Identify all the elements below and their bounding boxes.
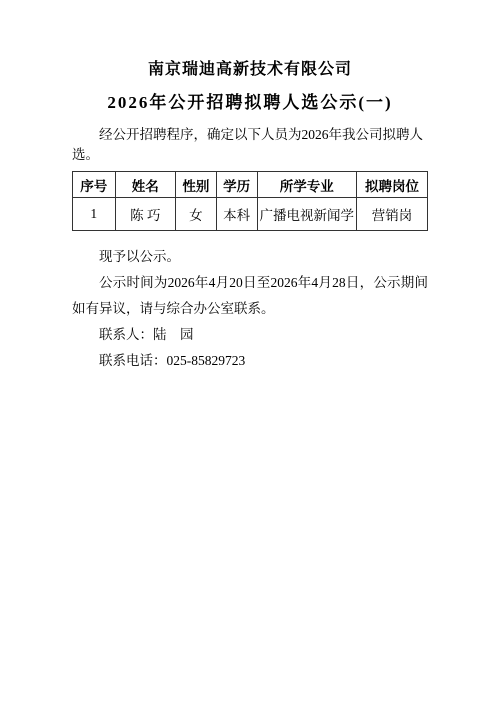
- cell-education: 本科: [216, 198, 257, 231]
- company-title: 南京瑞迪高新技术有限公司: [72, 62, 428, 78]
- col-header-name: 姓名: [115, 172, 175, 198]
- intro-paragraph: 经公开招聘程序，确定以下人员为2026年我公司拟聘人选。: [72, 125, 428, 165]
- cell-major: 广播电视新闻学: [257, 198, 356, 231]
- contact-person-line: 联系人：陆 园: [72, 322, 428, 348]
- cell-serial: 1: [73, 198, 116, 231]
- period-paragraph: 公示时间为2026年4月20日至2026年4月28日，公示期间如有异议，请与综合…: [72, 270, 428, 322]
- col-header-gender: 性别: [175, 172, 216, 198]
- table-header-row: 序号 姓名 性别 学历 所学专业 拟聘岗位: [73, 172, 428, 198]
- col-header-serial: 序号: [73, 172, 116, 198]
- cell-position: 营销岗: [356, 198, 427, 231]
- col-header-education: 学历: [216, 172, 257, 198]
- col-header-position: 拟聘岗位: [356, 172, 427, 198]
- cell-gender: 女: [175, 198, 216, 231]
- col-header-major: 所学专业: [257, 172, 356, 198]
- closing-section: 现予以公示。 公示时间为2026年4月20日至2026年4月28日，公示期间如有…: [72, 244, 428, 374]
- document-page: 南京瑞迪高新技术有限公司 2026年公开招聘拟聘人选公示(一) 经公开招聘程序，…: [0, 0, 500, 707]
- closing-line: 现予以公示。: [72, 244, 428, 270]
- contact-phone-line: 联系电话：025-85829723: [72, 348, 428, 374]
- announcement-title: 2026年公开招聘拟聘人选公示(一): [72, 94, 428, 111]
- candidates-table: 序号 姓名 性别 学历 所学专业 拟聘岗位 1 陈 巧 女 本科 广播电视新闻学…: [72, 171, 428, 231]
- cell-name: 陈 巧: [115, 198, 175, 231]
- table-row: 1 陈 巧 女 本科 广播电视新闻学 营销岗: [73, 198, 428, 231]
